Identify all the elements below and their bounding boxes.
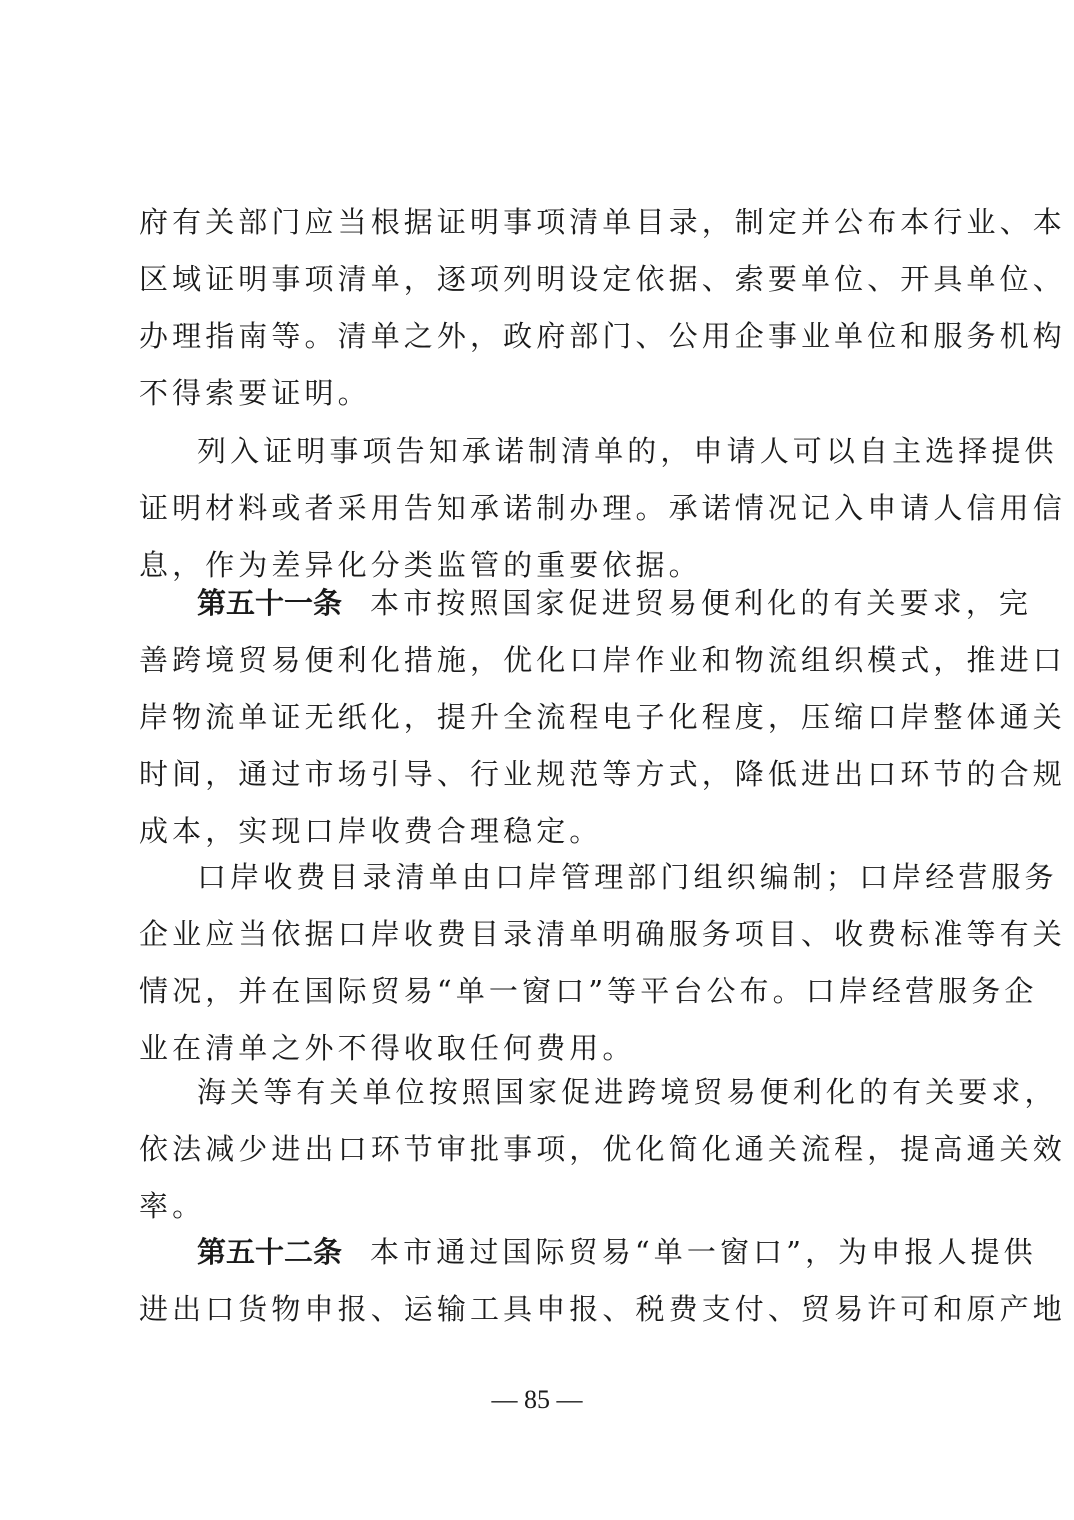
text-line: 列入证明事项告知承诺制清单的，申请人可以自主选择提供: [197, 431, 939, 471]
text-line: 善跨境贸易便利化措施，优化口岸作业和物流组织模式，推进口: [139, 640, 939, 680]
text-line: 业在清单之外不得收取任何费用。: [139, 1028, 939, 1068]
article-51-first-line: 第五十一条 本市按照国家促进贸易便利化的有关要求，完: [197, 583, 939, 623]
text-line: 口岸收费目录清单由口岸管理部门组织编制；口岸经营服务: [197, 857, 939, 897]
page-number: — 85 —: [0, 1385, 1074, 1415]
article-heading: 第五十二条: [197, 1232, 342, 1272]
text-line: 岸物流单证无纸化，提升全流程电子化程度，压缩口岸整体通关: [139, 697, 939, 737]
text-line: 府有关部门应当根据证明事项清单目录，制定并公布本行业、本: [139, 202, 939, 242]
text-line: 时间，通过市场引导、行业规范等方式，降低进出口环节的合规: [139, 754, 939, 794]
text-line: 海关等有关单位按照国家促进跨境贸易便利化的有关要求，: [197, 1072, 939, 1112]
text-line: 率。: [139, 1186, 939, 1226]
text-line: 进出口货物申报、运输工具申报、税费支付、贸易许可和原产地: [139, 1289, 939, 1329]
text-line: 息，作为差异化分类监管的重要依据。: [139, 545, 939, 585]
text-line: 成本，实现口岸收费合理稳定。: [139, 811, 939, 851]
text-line: 依法减少进出口环节审批事项，优化简化通关流程，提高通关效: [139, 1129, 939, 1169]
document-page: 府有关部门应当根据证明事项清单目录，制定并公布本行业、本 区域证明事项清单，逐项…: [0, 0, 1074, 1520]
article-heading: 第五十一条: [197, 583, 342, 623]
text-line: 证明材料或者采用告知承诺制办理。承诺情况记入申请人信用信: [139, 488, 939, 528]
text-line: 区域证明事项清单，逐项列明设定依据、索要单位、开具单位、: [139, 259, 939, 299]
text-line: 办理指南等。清单之外，政府部门、公用企事业单位和服务机构: [139, 316, 939, 356]
text-line: 本市通过国际贸易“单一窗口”，为申报人提供: [370, 1232, 1037, 1272]
text-line: 情况，并在国际贸易“单一窗口”等平台公布。口岸经营服务企: [139, 971, 939, 1011]
text-line: 不得索要证明。: [139, 373, 939, 413]
article-52-first-line: 第五十二条 本市通过国际贸易“单一窗口”，为申报人提供: [197, 1232, 939, 1272]
text-line: 企业应当依据口岸收费目录清单明确服务项目、收费标准等有关: [139, 914, 939, 954]
text-line: 本市按照国家促进贸易便利化的有关要求，完: [370, 583, 1032, 623]
